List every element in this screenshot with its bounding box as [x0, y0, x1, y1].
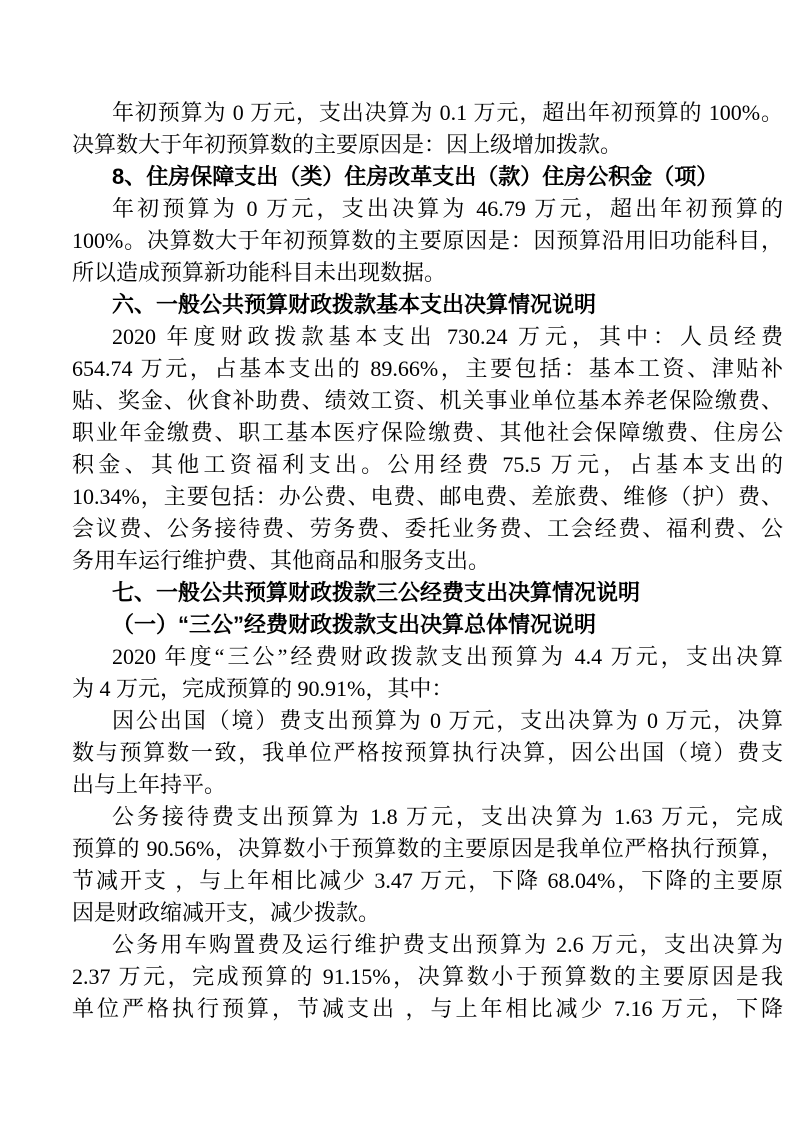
text-line: （一）“三公”经费财政拨款支出决算总体情况说明 — [72, 609, 783, 641]
document-page: 年初预算为 0 万元，支出决算为 0.1 万元，超出年初预算的 100%。决算数… — [0, 0, 793, 1122]
text-line: 年初预算为 0 万元，支出决算为 46.79 万元，超出年初预算的 — [72, 193, 783, 225]
section-heading: 8、住房保障支出（类）住房改革支出（款）住房公积金（项） — [72, 161, 783, 193]
text-line: 8、住房保障支出（类）住房改革支出（款）住房公积金（项） — [72, 161, 783, 193]
text-line: 单位严格执行预算，节减支出 ，与上年相比减少 7.16 万元，下降 — [72, 993, 783, 1025]
paragraph: 公务接待费支出预算为 1.8 万元，支出决算为 1.63 万元，完成预算的 90… — [72, 801, 783, 929]
paragraph: 年初预算为 0 万元，支出决算为 0.1 万元，超出年初预算的 100%。决算数… — [72, 97, 783, 161]
text-line: 因是财政缩减开支，减少拨款。 — [72, 897, 783, 929]
text-line: 100%。决算数大于年初预算数的主要原因是：因预算沿用旧功能科目， — [72, 225, 783, 257]
text-line: 为 4 万元，完成预算的 90.91%，其中： — [72, 673, 783, 705]
text-line: 会议费、公务接待费、劳务费、委托业务费、工会经费、福利费、公 — [72, 513, 783, 545]
text-line: 预算的 90.56%，决算数小于预算数的主要原因是我单位严格执行预算， — [72, 833, 783, 865]
section-heading: （一）“三公”经费财政拨款支出决算总体情况说明 — [72, 609, 783, 641]
document-content: 年初预算为 0 万元，支出决算为 0.1 万元，超出年初预算的 100%。决算数… — [72, 97, 783, 1025]
text-line: 出与上年持平。 — [72, 769, 783, 801]
text-line: 654.74 万元，占基本支出的 89.66%，主要包括：基本工资、津贴补 — [72, 353, 783, 385]
text-line: 六、一般公共预算财政拨款基本支出决算情况说明 — [72, 289, 783, 321]
text-line: 因公出国（境）费支出预算为 0 万元，支出决算为 0 万元，决算 — [72, 705, 783, 737]
text-line: 2020 年度“三公”经费财政拨款支出预算为 4.4 万元，支出决算 — [72, 641, 783, 673]
paragraph: 年初预算为 0 万元，支出决算为 46.79 万元，超出年初预算的100%。决算… — [72, 193, 783, 289]
text-line: 积金、其他工资福利支出。公用经费 75.5 万元，占基本支出的 — [72, 449, 783, 481]
text-line: 公务接待费支出预算为 1.8 万元，支出决算为 1.63 万元，完成 — [72, 801, 783, 833]
text-line: 七、一般公共预算财政拨款三公经费支出决算情况说明 — [72, 577, 783, 609]
text-line: 职业年金缴费、职工基本医疗保险缴费、其他社会保障缴费、住房公 — [72, 417, 783, 449]
section-heading: 七、一般公共预算财政拨款三公经费支出决算情况说明 — [72, 577, 783, 609]
paragraph: 公务用车购置费及运行维护费支出预算为 2.6 万元，支出决算为2.37 万元，完… — [72, 929, 783, 1025]
text-line: 年初预算为 0 万元，支出决算为 0.1 万元，超出年初预算的 100%。 — [72, 97, 783, 129]
text-line: 公务用车购置费及运行维护费支出预算为 2.6 万元，支出决算为 — [72, 929, 783, 961]
text-line: 2.37 万元，完成预算的 91.15%，决算数小于预算数的主要原因是我 — [72, 961, 783, 993]
text-line: 10.34%，主要包括：办公费、电费、邮电费、差旅费、维修（护）费、 — [72, 481, 783, 513]
text-line: 数与预算数一致，我单位严格按预算执行决算，因公出国（境）费支 — [72, 737, 783, 769]
text-line: 决算数大于年初预算数的主要原因是：因上级增加拨款。 — [72, 129, 783, 161]
text-line: 节减开支 ，与上年相比减少 3.47 万元，下降 68.04%，下降的主要原 — [72, 865, 783, 897]
text-line: 所以造成预算新功能科目未出现数据。 — [72, 257, 783, 289]
text-line: 务用车运行维护费、其他商品和服务支出。 — [72, 545, 783, 577]
paragraph: 2020 年度财政拨款基本支出 730.24 万元，其中：人员经费654.74 … — [72, 321, 783, 577]
paragraph: 因公出国（境）费支出预算为 0 万元，支出决算为 0 万元，决算数与预算数一致，… — [72, 705, 783, 801]
paragraph: 2020 年度“三公”经费财政拨款支出预算为 4.4 万元，支出决算为 4 万元… — [72, 641, 783, 705]
text-line: 贴、奖金、伙食补助费、绩效工资、机关事业单位基本养老保险缴费、 — [72, 385, 783, 417]
section-heading: 六、一般公共预算财政拨款基本支出决算情况说明 — [72, 289, 783, 321]
text-line: 2020 年度财政拨款基本支出 730.24 万元，其中：人员经费 — [72, 321, 783, 353]
